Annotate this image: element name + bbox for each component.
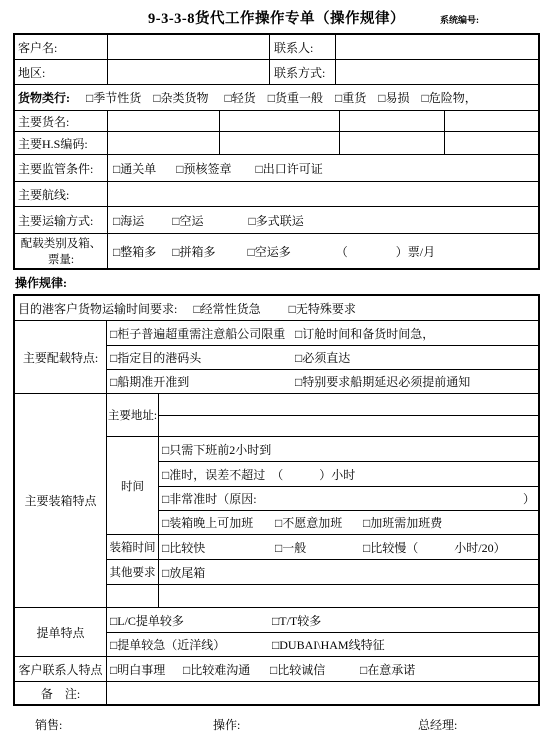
checkbox-sensible[interactable]: □明白事理 (110, 661, 183, 678)
checkbox-normal-weight-cargo[interactable]: □货重一般 (268, 89, 323, 106)
checkbox-night-overtime-ok[interactable]: □装箱晚上可加班 (162, 514, 275, 531)
hs-code-field-4[interactable] (444, 132, 538, 154)
checkbox-no-overtime[interactable]: □不愿意加班 (275, 514, 363, 531)
remark-field[interactable] (107, 682, 538, 704)
contact-person-label: 联系人: (269, 35, 335, 59)
checkbox-dubai-ham-trait[interactable]: □DUBAI\HAM线特征 (272, 636, 385, 653)
stowage-row: □指定目的港码头 □必须直达 (107, 345, 538, 369)
checkbox-punctual-error-limit[interactable]: □准时，误差不超过 （ ）小时 (162, 466, 355, 483)
main-cargo-row: 主要货名: (15, 110, 538, 131)
empty-subsection (107, 584, 538, 607)
empty-field[interactable] (159, 585, 538, 607)
empty-sub-label (107, 585, 159, 607)
title-row: 9-3-3-8货代工作操作专单（操作规律） 系统编号: (13, 7, 540, 33)
checkbox-light-cargo[interactable]: □轻货 (225, 89, 256, 106)
checkbox-2hours-before-off-work[interactable]: □只需下班前2小时到 (162, 441, 271, 458)
operation-signature-label: 操作: (213, 716, 240, 733)
stowage-volume-options-cell: □整箱多 □拼箱多 □空运多 （ ）票/月 (107, 234, 538, 268)
dest-time-section: 目的港客户货物运输时间要求: □经常性货急 □无特殊要求 (15, 296, 538, 320)
other-requirements-label: 其他要求 (107, 560, 159, 584)
hs-code-field-2[interactable] (219, 132, 339, 154)
cargo-type-row: 货物类行: □季节性货 □杂类货物 □轻货 □货重一般 □重货 □易损 □危险物… (15, 84, 538, 110)
packing-time-subsection: 装箱时间 □比较快 □一般 □比较慢（ 小时/20） (107, 534, 538, 559)
other-requirements-row: □放尾箱 (159, 560, 538, 584)
system-number-label: 系统编号: (440, 13, 479, 26)
contact-person-field[interactable] (335, 35, 538, 59)
table-row: 客户名: 联系人: (15, 35, 538, 59)
region-label: 地区: (15, 60, 107, 84)
checkbox-packing-fast[interactable]: □比较快 (162, 539, 275, 556)
contact-traits-section: 客户联系人特点 □明白事理 □比较难沟通 □比较诚信 □在意承诺 (15, 656, 538, 681)
main-cargo-field-4[interactable] (444, 111, 538, 131)
main-address-label: 主要地址: (107, 394, 159, 436)
checkbox-air-more[interactable]: □空运多 (248, 243, 291, 260)
checkbox-booking-time-urgent[interactable]: □订舱时间和备货时间急， (295, 325, 434, 342)
stowage-volume-row: 配载类别及箱、 票量: □整箱多 □拼箱多 □空运多 （ ）票/月 (15, 233, 538, 268)
checkbox-delay-advance-notice[interactable]: □特别要求船期延迟必须提前通知 (295, 373, 470, 390)
rules-heading: 操作规律: (13, 270, 540, 294)
stowage-traits-label: 主要配载特点: (15, 321, 107, 393)
checkbox-overtime-fee-required[interactable]: □加班需加班费 (363, 514, 442, 531)
table-row: 地区: 联系方式: (15, 59, 538, 84)
time-subsection: 时间 □只需下班前2小时到 □准时，误差不超过 （ ）小时 □非常准时（原因: … (107, 436, 538, 534)
stowage-volume-label-line1: 配载类别及箱、 (21, 235, 102, 251)
checkbox-air-freight[interactable]: □空运 (172, 212, 203, 229)
checkbox-frequent-urgent[interactable]: □经常性货急 (193, 300, 260, 317)
bl-traits-section: 提单特点 □L/C提单较多 □T/T较多 □提单较急（近洋线） □DUBAI\H… (15, 607, 538, 656)
time-row: □只需下班前2小时到 (159, 437, 538, 461)
supervision-row: 主要监管条件: □通关单 □预核签章 □出口许可证 (15, 154, 538, 181)
hs-code-row: 主要H.S编码: (15, 131, 538, 154)
main-cargo-label: 主要货名: (15, 111, 107, 131)
customer-name-field[interactable] (107, 35, 269, 59)
stowage-volume-label: 配载类别及箱、 票量: (15, 234, 107, 268)
packing-time-row: □比较快 □一般 □比较慢（ 小时/20） (159, 535, 538, 559)
customer-info-table: 客户名: 联系人: 地区: 联系方式: 货物类行: □季节性货 □杂类货物 □轻… (13, 33, 540, 270)
main-cargo-field-3[interactable] (339, 111, 444, 131)
page-title: 9-3-3-8货代工作操作专单（操作规律） (148, 11, 405, 27)
region-field[interactable] (107, 60, 269, 84)
checkbox-pre-approval-seal[interactable]: □预核签章 (176, 160, 231, 177)
hs-code-label: 主要H.S编码: (15, 132, 107, 154)
contact-method-field[interactable] (335, 60, 538, 84)
bl-traits-label: 提单特点 (15, 608, 107, 656)
bl-row: □L/C提单较多 □T/T较多 (107, 608, 538, 632)
checkbox-misc-cargo[interactable]: □杂类货物 (153, 89, 208, 106)
main-cargo-field-2[interactable] (219, 111, 339, 131)
transport-row: 主要运输方式: □海运 □空运 □多式联运 (15, 206, 538, 233)
main-cargo-field-1[interactable] (107, 111, 219, 131)
checkbox-lc-bl-more[interactable]: □L/C提单较多 (110, 612, 272, 629)
checkbox-overweight-limit[interactable]: □柜子普遍超重需注意船公司限重 (110, 325, 295, 342)
time-row: □非常准时（原因: ） (159, 486, 538, 510)
supervision-options-cell: □通关单 □预核签章 □出口许可证 (107, 155, 538, 181)
checkbox-tail-container[interactable]: □放尾箱 (162, 564, 205, 581)
time-row: □准时，误差不超过 （ ）小时 (159, 461, 538, 486)
stowage-row: □柜子普遍超重需注意船公司限重 □订舱时间和备货时间急， (107, 321, 538, 345)
address-subsection: 主要地址: (107, 394, 538, 436)
very-punctual-close-paren: ） (523, 490, 535, 507)
packing-traits-label: 主要装箱特点 (15, 394, 107, 607)
hs-code-field-3[interactable] (339, 132, 444, 154)
checkbox-honest[interactable]: □比较诚信 (270, 661, 360, 678)
packing-time-label: 装箱时间 (107, 535, 159, 559)
checkbox-bl-urgent-short-sea[interactable]: □提单较急（近洋线） (110, 636, 272, 653)
contact-traits-label: 客户联系人特点 (15, 657, 107, 681)
checkbox-seasonal-cargo[interactable]: □季节性货 (86, 89, 141, 106)
time-row: □装箱晚上可加班 □不愿意加班 □加班需加班费 (159, 510, 538, 534)
checkbox-sea-freight[interactable]: □海运 (113, 212, 144, 229)
freight-operation-form: 9-3-3-8货代工作操作专单（操作规律） 系统编号: 客户名: 联系人: 地区… (0, 0, 555, 720)
tickets-per-month-field[interactable]: （ ）票/月 (336, 243, 435, 260)
hs-code-field-1[interactable] (107, 132, 219, 154)
operation-rules-table: 目的港客户货物运输时间要求: □经常性货急 □无特殊要求 主要配载特点: □柜子… (13, 294, 540, 706)
cargo-type-cell: 货物类行: □季节性货 □杂类货物 □轻货 □货重一般 □重货 □易损 □危险物… (15, 85, 538, 110)
route-label: 主要航线: (15, 182, 107, 206)
customer-name-label: 客户名: (15, 35, 107, 59)
cargo-type-label: 货物类行: (18, 89, 70, 106)
packing-traits-section: 主要装箱特点 主要地址: 时间 □只需下班前2小时到 (15, 393, 538, 607)
bl-row: □提单较急（近洋线） □DUBAI\HAM线特征 (107, 632, 538, 656)
checkbox-tt-more[interactable]: □T/T较多 (272, 612, 321, 629)
checkbox-multimodal[interactable]: □多式联运 (249, 212, 304, 229)
stowage-volume-label-line2: 票量: (21, 251, 102, 267)
checkbox-customs-clearance[interactable]: □通关单 (113, 160, 156, 177)
main-address-field-2[interactable] (159, 415, 538, 436)
remark-section: 备 注: (15, 681, 538, 704)
checkbox-dangerous-cargo[interactable]: □危险物， (422, 89, 477, 106)
checkbox-very-punctual-reason[interactable]: □非常准时（原因: (162, 490, 257, 507)
contact-method-label: 联系方式: (269, 60, 335, 84)
checkbox-packing-slow[interactable]: □比较慢（ 小时/20） (363, 539, 506, 556)
stowage-row: □船期准开准到 □特别要求船期延迟必须提前通知 (107, 369, 538, 393)
checkbox-export-license[interactable]: □出口许可证 (256, 160, 323, 177)
remark-label: 备 注: (15, 682, 107, 704)
checkbox-fragile-cargo[interactable]: □易损 (378, 89, 409, 106)
stowage-traits-section: 主要配载特点: □柜子普遍超重需注意船公司限重 □订舱时间和备货时间急， □指定… (15, 320, 538, 393)
other-requirements-subsection: 其他要求 □放尾箱 (107, 559, 538, 584)
checkbox-heavy-cargo[interactable]: □重货 (335, 89, 366, 106)
time-label: 时间 (107, 437, 159, 534)
checkbox-designated-dest-wharf[interactable]: □指定目的港码头 (110, 349, 295, 366)
checkbox-packing-average[interactable]: □一般 (275, 539, 363, 556)
supervision-label: 主要监管条件: (15, 155, 107, 181)
checkbox-fcl-more[interactable]: □整箱多 (113, 243, 156, 260)
transport-label: 主要运输方式: (15, 207, 107, 233)
checkbox-lcl-more[interactable]: □拼箱多 (172, 243, 215, 260)
checkbox-hard-to-communicate[interactable]: □比较难沟通 (183, 661, 270, 678)
route-field[interactable] (107, 182, 538, 206)
gm-signature-label: 总经理: (418, 716, 457, 733)
checkbox-schedule-punctual[interactable]: □船期准开准到 (110, 373, 295, 390)
dest-time-row: 目的港客户货物运输时间要求: □经常性货急 □无特殊要求 (15, 296, 538, 320)
contact-traits-row: □明白事理 □比较难沟通 □比较诚信 □在意承诺 (107, 657, 538, 681)
transport-options-cell: □海运 □空运 □多式联运 (107, 207, 538, 233)
dest-time-label: 目的港客户货物运输时间要求: (18, 300, 177, 317)
signature-footer: 销售: 操作: 总经理: (13, 716, 540, 736)
main-address-field-1[interactable] (159, 394, 538, 415)
checkbox-keeps-promises[interactable]: □在意承诺 (360, 661, 415, 678)
checkbox-direct-required[interactable]: □必须直达 (295, 349, 350, 366)
sales-signature-label: 销售: (35, 716, 62, 733)
checkbox-no-special-requirement[interactable]: □无特殊要求 (289, 300, 356, 317)
route-row: 主要航线: (15, 181, 538, 206)
